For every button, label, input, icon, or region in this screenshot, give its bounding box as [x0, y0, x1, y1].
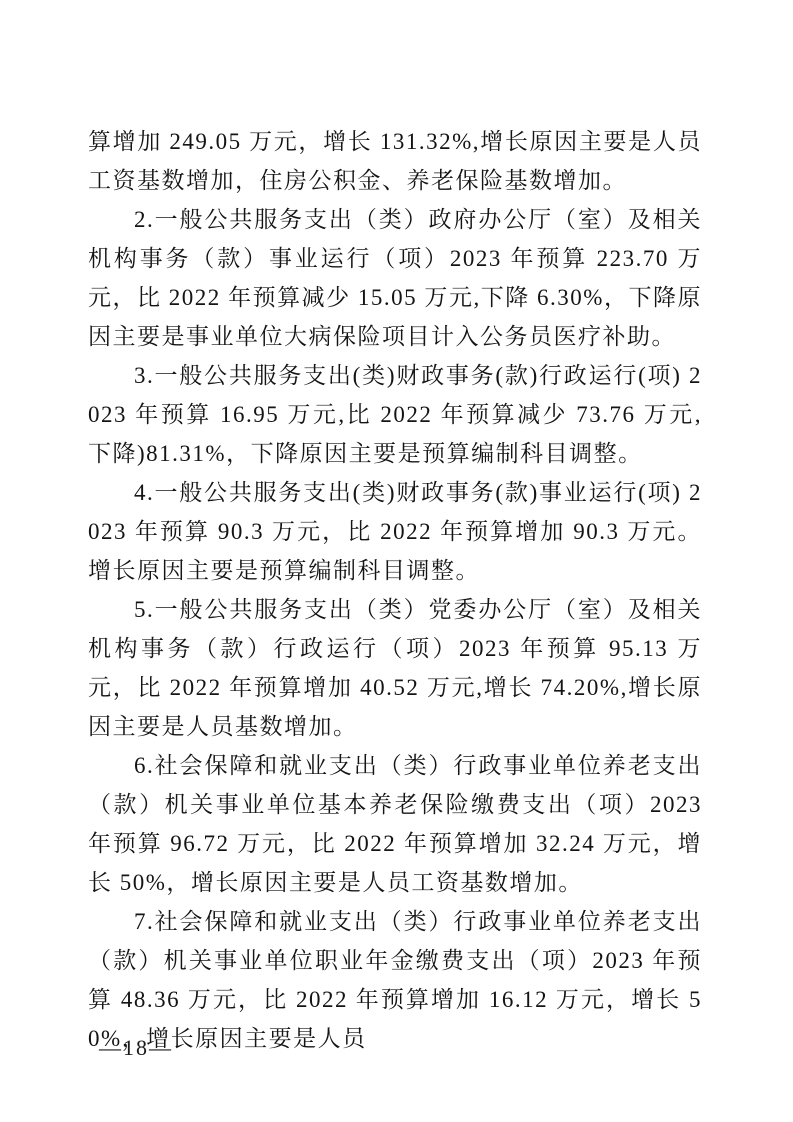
- page-number: —18—: [99, 1035, 173, 1061]
- paragraph: 6.社会保障和就业支出（类）行政事业单位养老支出（款）机关事业单位基本养老保险缴…: [88, 746, 702, 902]
- paragraph: 5.一般公共服务支出（类）党委办公厅（室）及相关机构事务（款）行政运行（项）20…: [88, 590, 702, 746]
- paragraph: 7.社会保障和就业支出（类）行政事业单位养老支出（款）机关事业单位职业年金缴费支…: [88, 902, 702, 1058]
- document-body: 算增加 249.05 万元，增长 131.32%,增长原因主要是人员工资基数增加…: [88, 122, 702, 1058]
- document-page: 算增加 249.05 万元，增长 131.32%,增长原因主要是人员工资基数增加…: [0, 0, 793, 1122]
- paragraph: 2.一般公共服务支出（类）政府办公厅（室）及相关机构事务（款）事业运行（项）20…: [88, 200, 702, 356]
- paragraph: 3.一般公共服务支出(类)财政事务(款)行政运行(项) 2023 年预算 16.…: [88, 356, 702, 473]
- paragraph: 算增加 249.05 万元，增长 131.32%,增长原因主要是人员工资基数增加…: [88, 122, 702, 200]
- paragraph: 4.一般公共服务支出(类)财政事务(款)事业运行(项) 2023 年预算 90.…: [88, 473, 702, 590]
